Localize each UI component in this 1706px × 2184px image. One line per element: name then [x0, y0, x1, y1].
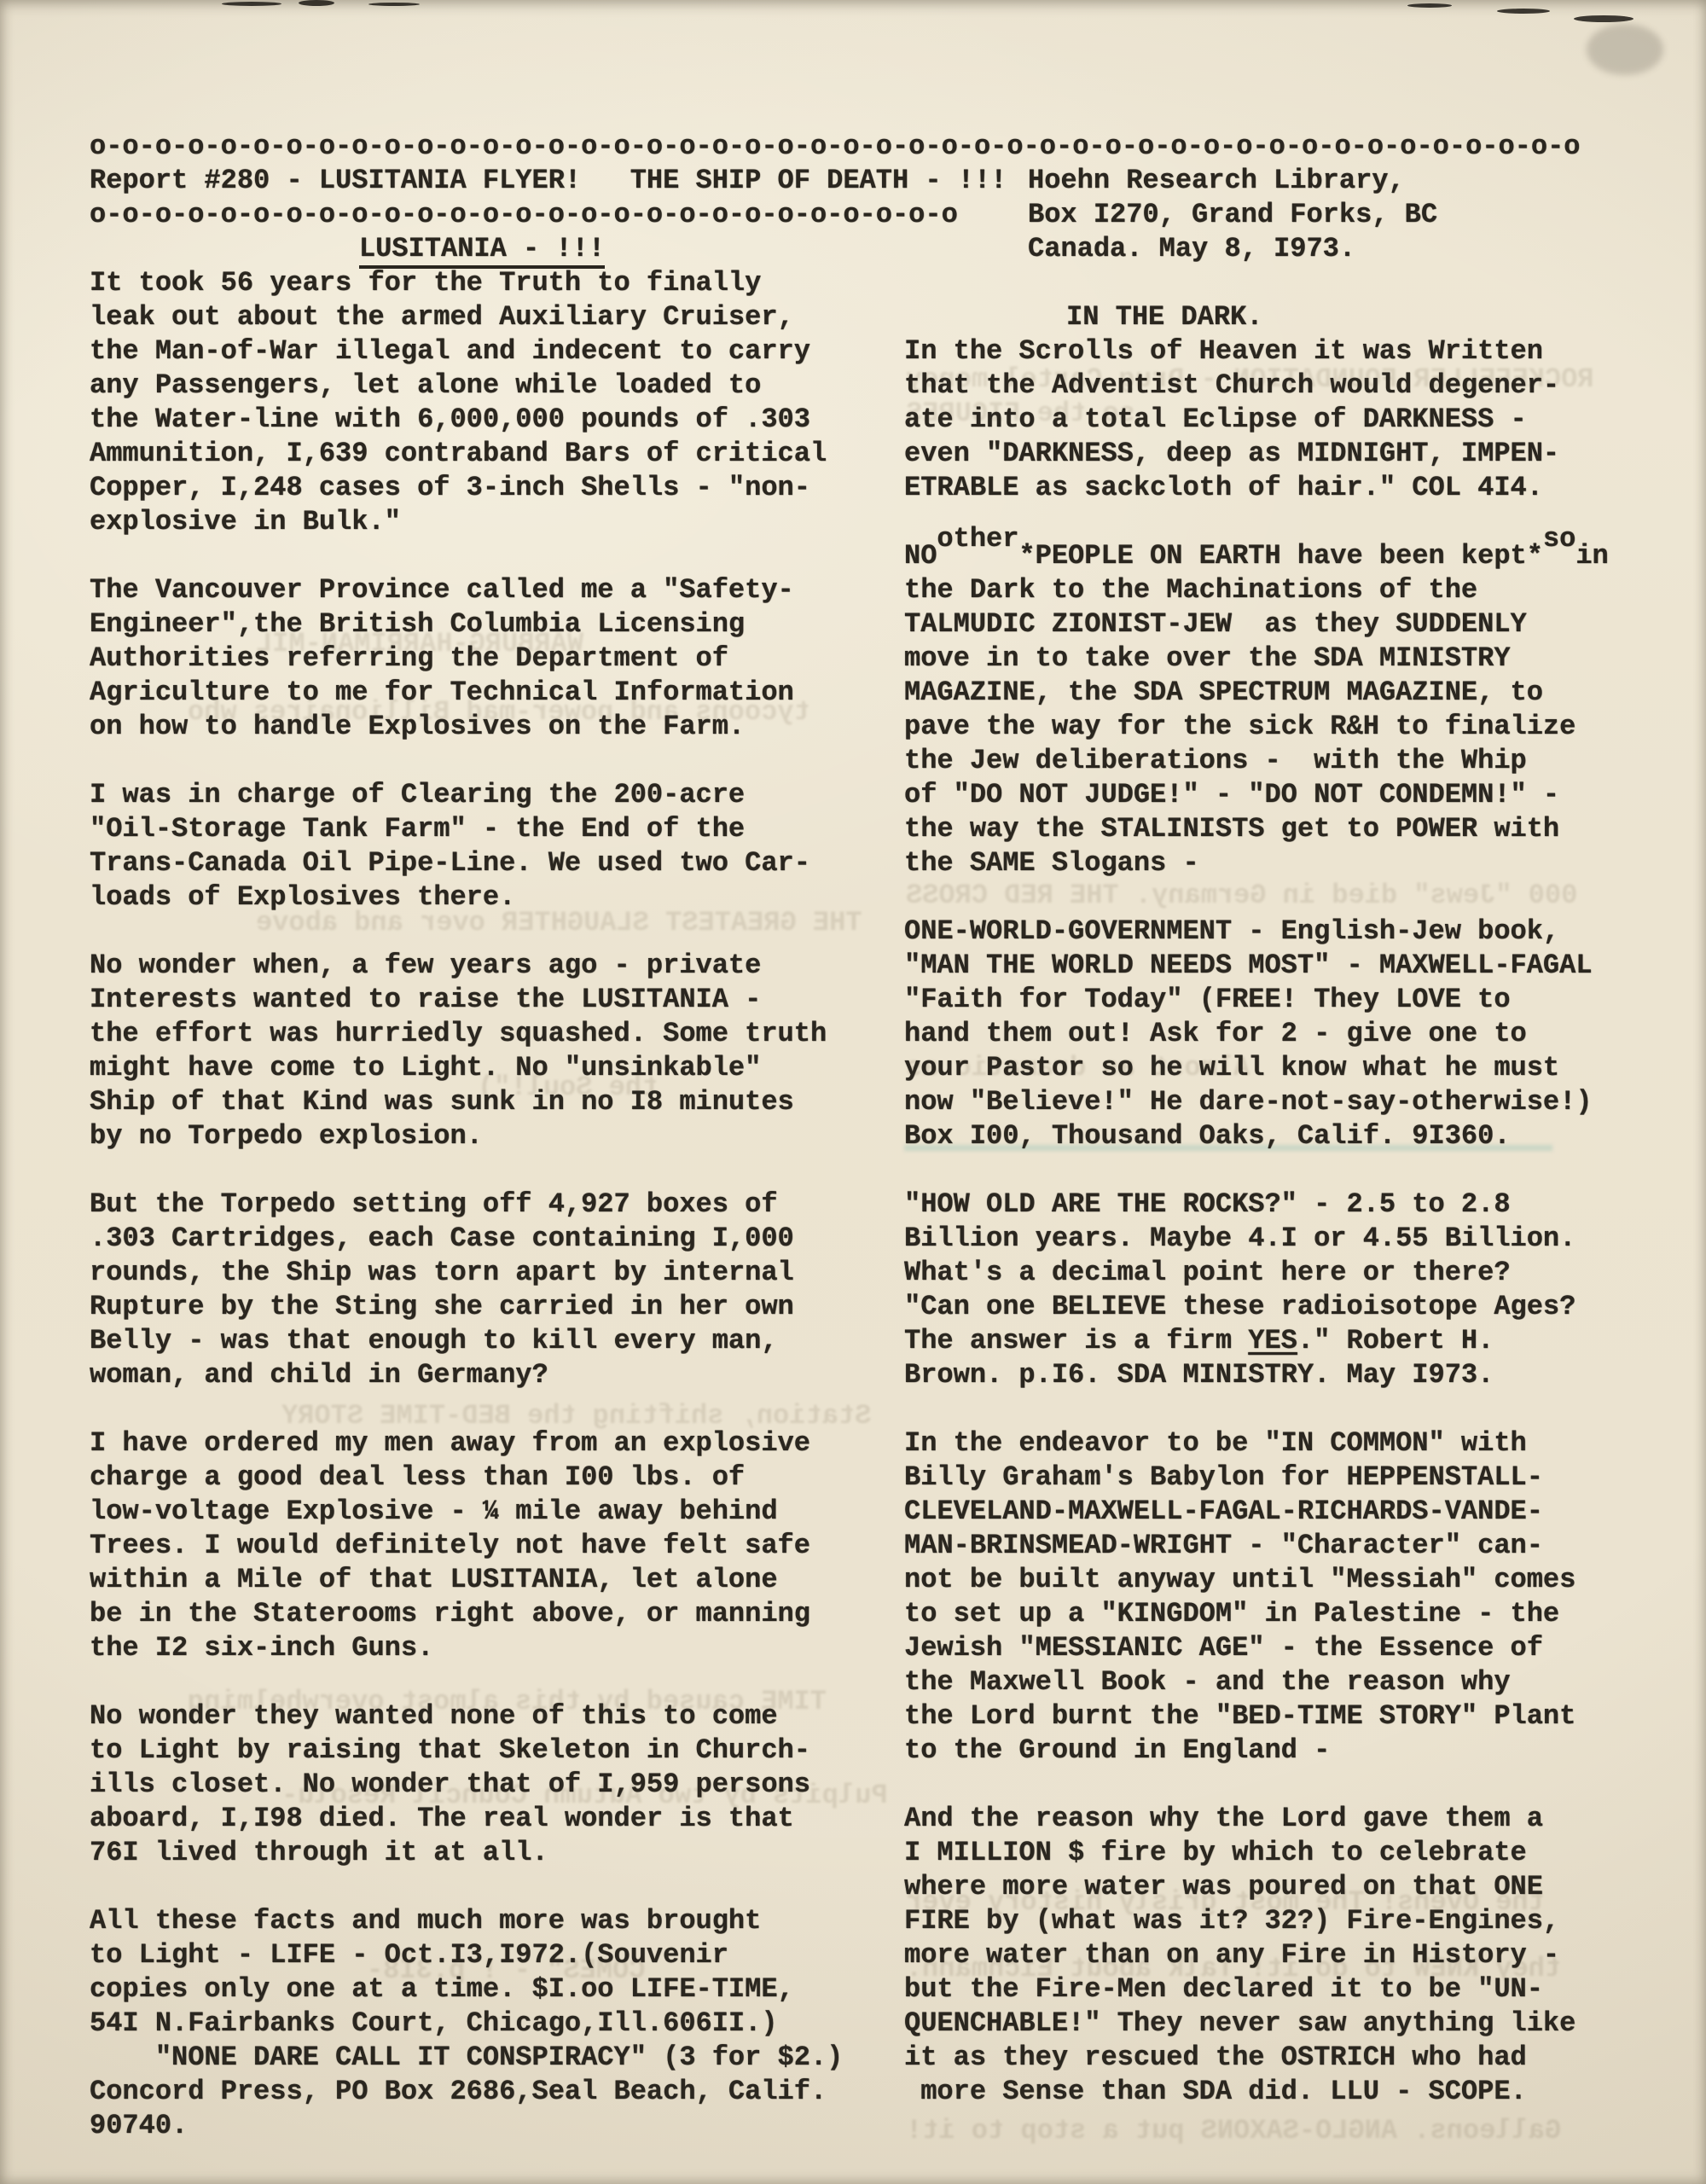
typed-insertion: other — [937, 523, 1018, 555]
paragraph: In the endeavor to be "IN COMMON" with B… — [904, 1426, 1638, 1768]
paragraph: I have ordered my men away from an explo… — [90, 1426, 874, 1665]
underlined-word: YES — [1248, 1325, 1297, 1356]
paragraph: ONE-WORLD-GOVERNMENT - English-Jew book,… — [904, 915, 1638, 1153]
paragraph: But the Torpedo setting off 4,927 boxes … — [90, 1188, 874, 1392]
report-title: Report #280 - LUSITANIA FLYER! THE SHIP … — [90, 164, 1007, 198]
paper-speck — [222, 2, 281, 6]
paper-speck — [1407, 3, 1452, 8]
paper-speck — [1574, 15, 1633, 22]
paragraph: And the reason why the Lord gave them a … — [904, 1802, 1638, 2109]
right-column-heading: IN THE DARK. — [904, 300, 1638, 334]
left-column: LUSITANIA - !!! It took 56 years for the… — [90, 232, 874, 2177]
pencil-smudge — [1587, 24, 1663, 75]
typed-insertion: so — [1543, 523, 1575, 555]
paragraph: It took 56 years for the Truth to finall… — [90, 266, 874, 539]
paper-speck — [1497, 9, 1550, 14]
paragraph: I was in charge of Clearing the 200-acre… — [90, 778, 874, 915]
divider-row-top: o-o-o-o-o-o-o-o-o-o-o-o-o-o-o-o-o-o-o-o-… — [90, 130, 1580, 164]
paragraph: No wonder they wanted none of this to co… — [90, 1699, 874, 1870]
right-column: IN THE DARK. In the Scrolls of Heaven it… — [904, 300, 1638, 2143]
paragraph: All these facts and much more was brough… — [90, 1904, 874, 2143]
divider-row-bottom: o-o-o-o-o-o-o-o-o-o-o-o-o-o-o-o-o-o-o-o-… — [90, 198, 958, 232]
paragraph: In the Scrolls of Heaven it was Written … — [904, 334, 1638, 505]
scanned-typewritten-page: ROCKEFELLER FOUNDATION - Drug Cartel mon… — [0, 0, 1706, 2184]
paper-speck — [299, 0, 334, 6]
paper-speck — [368, 3, 420, 6]
paragraph: The Vancouver Province called me a "Safe… — [90, 573, 874, 744]
publisher-address: Hoehn Research Library, Box I270, Grand … — [1028, 164, 1437, 266]
paragraph: No wonder when, a few years ago - privat… — [90, 949, 874, 1153]
paragraph: NOother*PEOPLE ON EARTH have been kept*s… — [904, 539, 1638, 880]
paragraph: "HOW OLD ARE THE ROCKS?" - 2.5 to 2.8 Bi… — [904, 1188, 1638, 1392]
left-column-heading: LUSITANIA - !!! — [90, 232, 874, 266]
